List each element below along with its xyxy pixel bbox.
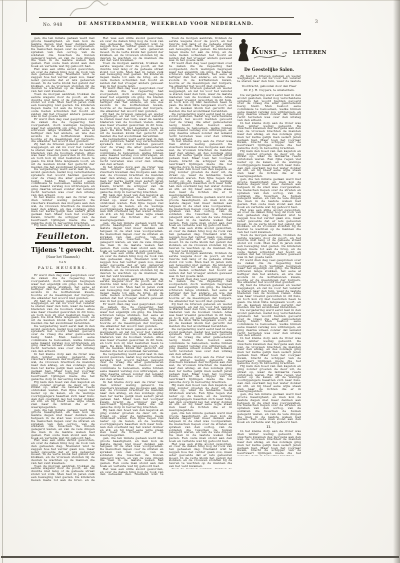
greek-text-block: Zij had de brieven gelezen en weder wegg… (237, 75, 301, 83)
page-number: 3 (315, 20, 318, 25)
kunst-word-end: LETTEREN (293, 50, 327, 56)
greek-text-block: In het kleine dorp aan de rivier was die… (237, 430, 301, 456)
scratch-mark (26, 0, 27, 22)
scan-edge-left (2, 0, 3, 563)
column-area: gen, die ten minste gedaan werd met groo… (31, 37, 301, 481)
greek-text-block: Er werd dien dag veel gesproken over de … (31, 274, 95, 481)
credit-line-2: Dr. P. J. H. Cuypers, te Amsterdam. (237, 88, 301, 92)
body-column-1: gen, die ten minste gedaan werd met groo… (31, 37, 95, 481)
greek-text-block: Toen de morgen aanbrak, trokken de eerst… (169, 37, 233, 469)
masthead-rule-top (39, 17, 294, 18)
feuilleton-bar (35, 242, 91, 244)
issue-number: No. 948 (43, 22, 63, 27)
credit-lines: Voordracht, gehouden door den Heer Dr. P… (237, 84, 301, 92)
newspaper-scan-page: No. 948 DE AMSTERDAMMER, WEEKBLAD VOOR N… (0, 0, 400, 563)
scan-edge-right-shadow (393, 0, 400, 563)
body-column-2: Het was een stille avond geworden, en ov… (100, 37, 164, 481)
article-title: De Geestelijke Salon. (237, 67, 301, 74)
scan-edge-bottom (1, 556, 399, 558)
greek-text-block: gen, die ten minste gedaan werd met groo… (31, 37, 95, 227)
masthead-row: No. 948 DE AMSTERDAMMER, WEEKBLAD VOOR N… (31, 20, 301, 31)
masthead: No. 948 DE AMSTERDAMMER, WEEKBLAD VOOR N… (31, 14, 301, 35)
kunst-en-letteren-header: KUNST en LETTEREN (237, 37, 301, 63)
allegorical-figure-icon (237, 38, 250, 62)
masthead-title: DE AMSTERDAMMER, WEEKBLAD VOOR NEDERLAND… (31, 20, 301, 27)
feuilleton-label: Feuilleton. (31, 231, 95, 241)
scan-edge-top (0, 0, 400, 1)
masthead-rule-bottom (31, 33, 301, 35)
story-divider (55, 272, 71, 273)
greek-text-block: De vergadering werd eerst laat in den av… (237, 94, 301, 424)
greek-text-block: Het was een stille avond geworden, en ov… (100, 37, 164, 475)
body-column-4-kunst-en-letteren: KUNST en LETTEREN De Geestelijke Salon. … (237, 37, 301, 481)
story-title: Tijdens 't gevecht. (31, 247, 95, 255)
body-column-3: Toen de morgen aanbrak, trokken de eerst… (169, 37, 233, 481)
flourish-icon (253, 54, 287, 60)
story-author: PAUL HEUSERS. (31, 265, 95, 271)
feuilleton-top-rule (36, 228, 90, 229)
